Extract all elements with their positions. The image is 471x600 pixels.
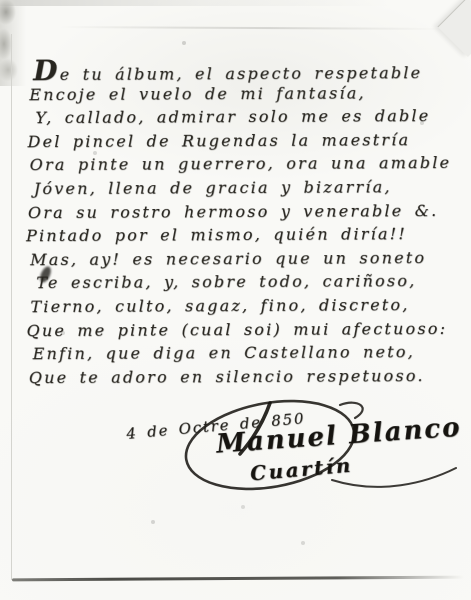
poem-line: De tu álbum, el aspecto respetable xyxy=(33,57,461,83)
page-crease-top xyxy=(60,26,442,30)
poem-line: Y, callado, admirar solo me es dable xyxy=(35,104,461,130)
manuscript-photo: De tu álbum, el aspecto respetable Encoj… xyxy=(0,0,471,600)
poem-line: Que te adoro en silencio respetuoso. xyxy=(29,364,463,390)
signature-surname: Cuartín xyxy=(249,453,354,486)
poem-line: Jóven, llena de gracia y bizarría, xyxy=(34,175,462,201)
poem-line: Mas, ay! es necesario que un soneto xyxy=(30,246,462,272)
poem-line: Del pincel de Rugendas la maestría xyxy=(28,128,462,154)
corner-damage-top-left xyxy=(0,0,26,86)
page-top-shade xyxy=(0,0,462,6)
poem-line: Ora su rostro hermoso y venerable &. xyxy=(28,198,462,224)
page-fold-top-right xyxy=(437,0,471,57)
poem-line: Que me pinte (cual soi) mui afectuoso: xyxy=(26,316,462,342)
poem-line: Enfin, que diga en Castellano neto, xyxy=(33,340,463,366)
poem-text: De tu álbum, el aspecto respetable Encoj… xyxy=(31,57,463,390)
poem-line: Te escriba, y, sobre todo, cariñoso, xyxy=(36,269,462,295)
poem-line: Encoje el vuelo de mi fantasía, xyxy=(29,80,461,106)
poem-line: Pintado por el mismo, quién diría!! xyxy=(26,222,462,248)
page-edge-left xyxy=(11,34,12,580)
poem-line: Ora pinte un guerrero, ora una amable xyxy=(30,151,462,177)
poem-line: Tierno, culto, sagaz, fino, discreto, xyxy=(30,293,462,319)
paper-speckles xyxy=(0,0,2,2)
page-edge-bottom xyxy=(12,576,464,582)
